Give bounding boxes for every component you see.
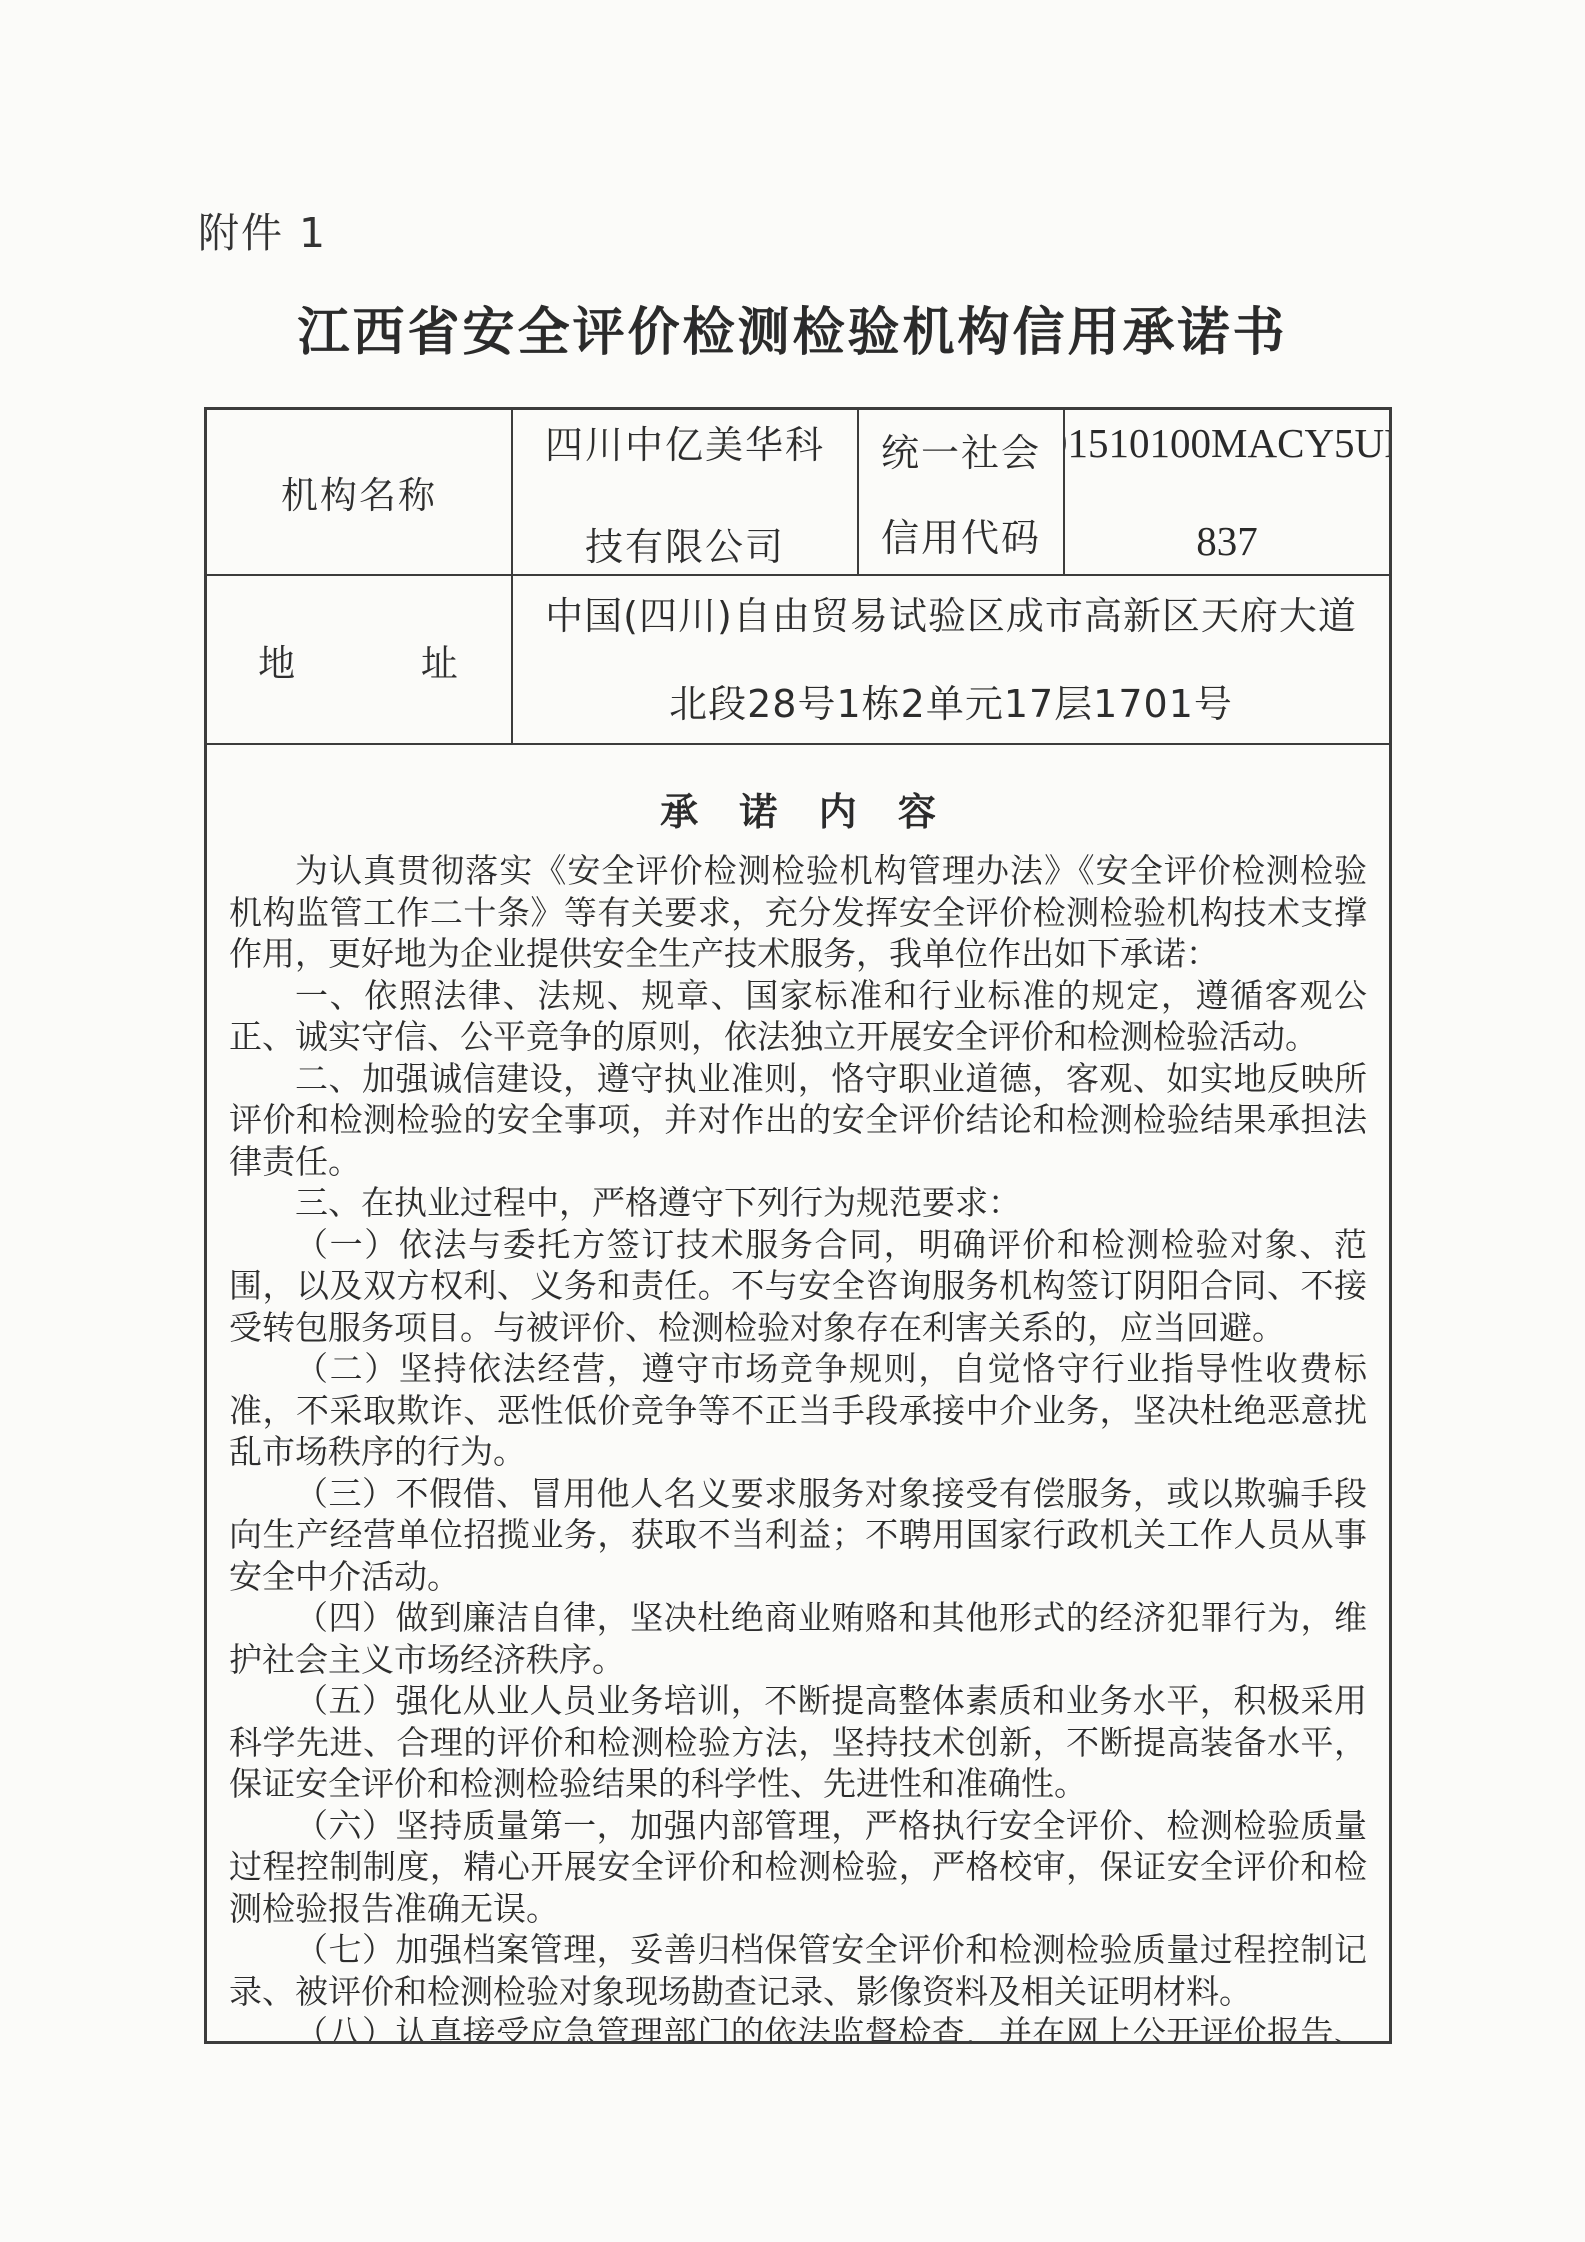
- credit-code-line: 91510100MACY5UP: [1065, 419, 1389, 467]
- commitment-paragraph: 为认真贯彻落实《安全评价检测检验机构管理办法》《安全评价检测检验机构监管工作二十…: [229, 850, 1367, 975]
- commitment-body: 为认真贯彻落实《安全评价检测检验机构管理办法》《安全评价检测检验机构监管工作二十…: [207, 836, 1389, 2041]
- org-name-line: 技有限公司: [585, 516, 785, 571]
- commitment-paragraph: （一）依法与委托方签订技术服务合同，明确评价和检测检验对象、范围，以及双方权利、…: [229, 1224, 1367, 1349]
- table-row-commitment: 承 诺 内 容 为认真贯彻落实《安全评价检测检验机构管理办法》《安全评价检测检验…: [207, 745, 1389, 2041]
- commitment-paragraph: 二、加强诚信建设，遵守执业准则，恪守职业道德，客观、如实地反映所评价和检测检验的…: [229, 1058, 1367, 1183]
- credit-code-label-line: 信用代码: [881, 507, 1041, 562]
- attachment-label: 附件 1: [198, 200, 327, 259]
- commitment-table: 机构名称 四川中亿美华科 技有限公司 统一社会 信用代码 91510100MAC…: [204, 407, 1392, 2044]
- table-row-address: 地 址 中国(四川)自由贸易试验区成市高新区天府大道北段28号1栋2单元17层1…: [207, 576, 1389, 745]
- commitment-paragraph: （二）坚持依法经营，遵守市场竞争规则，自觉恪守行业指导性收费标准，不采取欺诈、恶…: [229, 1348, 1367, 1473]
- commitment-paragraph: （八）认真接受应急管理部门的依法监督检查，并在网上公开评价报告、检测: [229, 2012, 1367, 2041]
- commitment-paragraph: （五）强化从业人员业务培训，不断提高整体素质和业务水平，积极采用科学先进、合理的…: [229, 1680, 1367, 1805]
- commitment-header: 承 诺 内 容: [207, 781, 1389, 836]
- credit-code-label-line: 统一社会: [881, 422, 1041, 477]
- commitment-paragraph: 一、依照法律、法规、规章、国家标准和行业标准的规定，遵循客观公正、诚实守信、公平…: [229, 975, 1367, 1058]
- commitment-paragraph: （四）做到廉洁自律，坚决杜绝商业贿赂和其他形式的经济犯罪行为，维护社会主义市场经…: [229, 1597, 1367, 1680]
- org-name-line: 四川中亿美华科: [545, 414, 825, 469]
- credit-code-value: 91510100MACY5UP 837: [1065, 410, 1389, 574]
- address-label-text: 地 址: [258, 633, 460, 687]
- credit-code-line: 837: [1196, 517, 1258, 565]
- commitment-paragraph: （六）坚持质量第一，加强内部管理，严格执行安全评价、检测检验质量过程控制制度，精…: [229, 1805, 1367, 1930]
- org-name-value: 四川中亿美华科 技有限公司: [513, 410, 859, 574]
- commitment-paragraph: （七）加强档案管理，妥善归档保管安全评价和检测检验质量过程控制记录、被评价和检测…: [229, 1929, 1367, 2012]
- commitment-paragraph: （三）不假借、冒用他人名义要求服务对象接受有偿服务，或以欺骗手段向生产经营单位招…: [229, 1473, 1367, 1598]
- page-title: 江西省安全评价检测检验机构信用承诺书: [0, 290, 1585, 365]
- table-row-org-name: 机构名称 四川中亿美华科 技有限公司 统一社会 信用代码 91510100MAC…: [207, 410, 1389, 576]
- commitment-paragraph: 三、在执业过程中，严格遵守下列行为规范要求：: [229, 1182, 1367, 1224]
- address-value: 中国(四川)自由贸易试验区成市高新区天府大道北段28号1栋2单元17层1701号: [513, 576, 1389, 743]
- credit-code-label: 统一社会 信用代码: [859, 410, 1065, 574]
- address-label: 地 址: [207, 576, 513, 743]
- org-name-label: 机构名称: [207, 410, 513, 574]
